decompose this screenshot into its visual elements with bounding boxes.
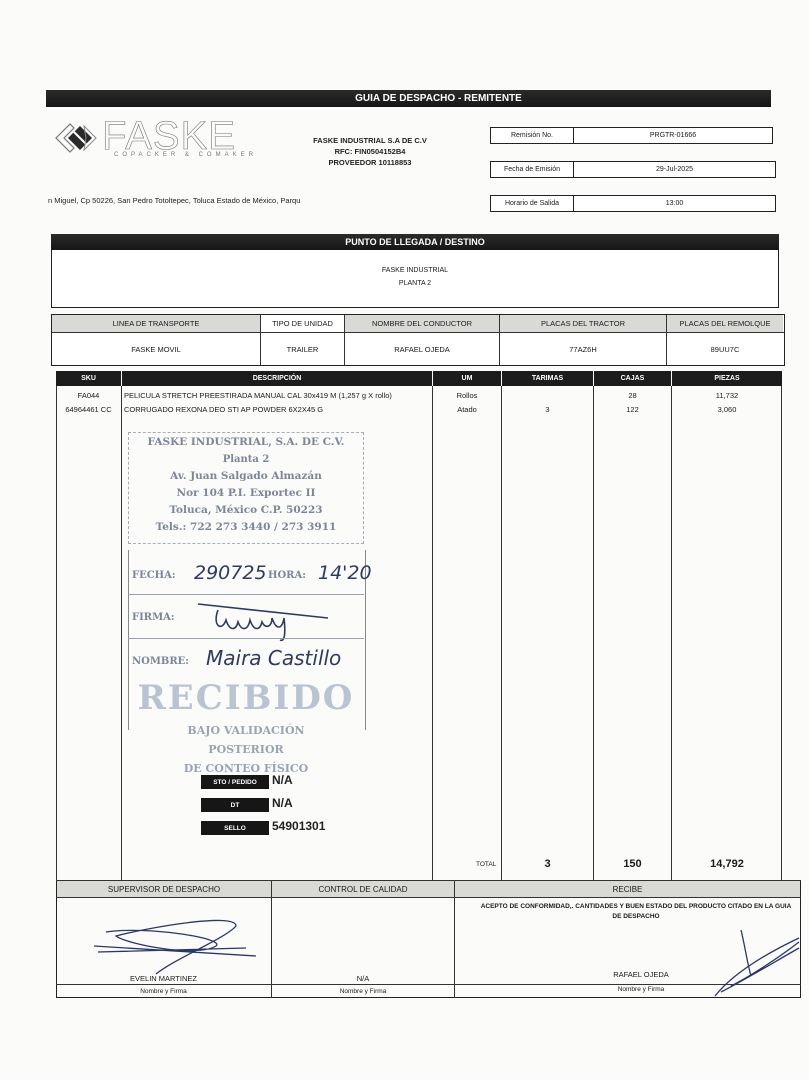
destination-name: FASKE INDUSTRIAL <box>52 267 778 274</box>
item-piezas: 11,732 <box>672 391 782 400</box>
transport-header-placas-remolque: PLACAS DEL REMOLQUE <box>667 315 783 332</box>
calidad-header: CONTROL DE CALIDAD <box>272 881 454 897</box>
company-name: FASKE INDUSTRIAL S.A DE C.V <box>290 135 450 146</box>
item-description: PELICULA STRETCH PREESTIRADA MANUAL CAL … <box>124 391 392 400</box>
supervisor-signature-icon <box>86 918 266 976</box>
stamp-recibido: RECIBIDO <box>128 678 364 718</box>
item-piezas: 3,060 <box>672 405 782 414</box>
item-cajas: 28 <box>594 391 671 400</box>
items-header-descripcion: DESCRIPCIÓN <box>122 371 432 386</box>
recibe-signature-icon <box>711 926 801 998</box>
dt-label: DT <box>201 798 269 812</box>
company-info: FASKE INDUSTRIAL S.A DE C.V RFC: FIN0504… <box>290 135 450 168</box>
stamp-nombre-label: NOMBRE: <box>132 656 189 667</box>
total-label: TOTAL <box>476 861 496 868</box>
supervisor-caption: Nombre y Firma <box>56 985 271 997</box>
destination-plant: PLANTA 2 <box>52 280 778 287</box>
stamp-signature-icon <box>188 596 338 642</box>
transport-header-tipo: TIPO DE UNIDAD <box>261 315 344 332</box>
stamp-validacion-2: POSTERIOR <box>128 743 364 756</box>
total-piezas: 14,792 <box>672 858 782 870</box>
transport-placas-tractor-value: 77AZ6H <box>500 333 666 365</box>
item-um: Rollos <box>433 391 501 400</box>
document-title: GUIA DE DESPACHO - REMITENTE <box>46 90 771 107</box>
items-header-cajas: CAJAS <box>594 371 671 386</box>
stamp-city: Toluca, México C.P. 50223 <box>128 504 364 516</box>
transport-header-placas-tractor: PLACAS DEL TRACTOR <box>500 315 666 332</box>
item-um: Atado <box>433 405 501 414</box>
total-cajas: 150 <box>594 858 671 870</box>
items-header-sku: SKU <box>56 371 121 386</box>
company-rfc: RFC: FIN0504152B4 <box>290 146 450 157</box>
supervisor-name: EVELIN MARTINEZ <box>56 972 271 984</box>
document-title-text: GUIA DE DESPACHO - REMITENTE <box>355 93 522 104</box>
transport-placas-remolque-value: 89UU7C <box>667 333 783 365</box>
faske-diamond-logo-icon <box>54 122 100 154</box>
sto-pedido-label: STO / PEDIDO <box>201 775 269 789</box>
item-tarimas: 3 <box>502 405 593 414</box>
item-cajas: 122 <box>594 405 671 414</box>
sello-label: SELLO <box>201 821 269 835</box>
stamp-plant: Planta 2 <box>128 454 364 465</box>
destination-header: PUNTO DE LLEGADA / DESTINO <box>51 234 779 250</box>
transport-conductor-value: RAFAEL OJEDA <box>345 333 499 365</box>
recibe-name: RAFAEL OJEDA <box>576 968 706 980</box>
signatures-section: SUPERVISOR DE DESPACHO CONTROL DE CALIDA… <box>56 880 801 1004</box>
receiving-stamp: FASKE INDUSTRIAL, S.A. DE C.V. Planta 2 … <box>128 432 364 777</box>
remision-field: Remisión No. PRGTR-01666 <box>490 127 773 144</box>
sto-pedido-value: N/A <box>272 773 293 787</box>
dt-value: N/A <box>272 796 293 810</box>
item-sku: FA044 <box>56 391 121 400</box>
stamp-validacion-1: BAJO VALIDACIÓN <box>128 724 364 737</box>
transport-header-conductor: NOMBRE DEL CONDUCTOR <box>345 315 499 332</box>
stamp-company: FASKE INDUSTRIAL, S.A. DE C.V. <box>128 436 364 448</box>
stamp-firma-label: FIRMA: <box>132 612 175 623</box>
stamp-validacion-3: DE CONTEO FÍSICO <box>128 762 364 775</box>
fecha-emision-value: 29-Jul-2025 <box>574 162 775 177</box>
calidad-name: N/A <box>272 972 454 984</box>
fecha-emision-field: Fecha de Emisión 29-Jul-2025 <box>490 161 776 178</box>
recibe-caption: Nombre y Firma <box>576 983 706 995</box>
total-tarimas: 3 <box>502 858 593 870</box>
stamp-phones: Tels.: 722 273 3440 / 273 3911 <box>128 521 364 533</box>
destination-box: FASKE INDUSTRIAL PLANTA 2 <box>51 250 779 308</box>
items-header-piezas: PIEZAS <box>672 371 782 386</box>
stamp-fecha-label: FECHA: <box>132 570 176 581</box>
stamp-street2: Nor 104 P.I. Exportec II <box>128 487 364 499</box>
recibe-statement: ACEPTO DE CONFORMIDAD,. CANTIDADES Y BUE… <box>476 900 796 924</box>
transport-linea-value: FASKE MOVIL <box>52 333 260 365</box>
stamp-hora-value: 14'20 <box>318 562 372 584</box>
items-header-um: UM <box>433 371 501 386</box>
company-proveedor: PROVEEDOR 10118853 <box>290 157 450 168</box>
stamp-nombre-value: Maira Castillo <box>206 646 341 670</box>
calidad-caption: Nombre y Firma <box>272 985 454 997</box>
transport-tipo-value: TRAILER <box>261 333 344 365</box>
sello-value: 54901301 <box>272 819 325 833</box>
remision-label: Remisión No. <box>491 128 574 143</box>
item-sku: 64964461 CC <box>56 405 121 414</box>
horario-salida-label: Horario de Salida <box>491 196 574 211</box>
remision-value: PRGTR-01666 <box>574 128 772 143</box>
transport-table: LINEA DE TRANSPORTE TIPO DE UNIDAD NOMBR… <box>51 314 785 366</box>
items-header-tarimas: TARIMAS <box>502 371 593 386</box>
item-description: CORRUGADO REXONA DEO STI AP POWDER 6X2X4… <box>124 405 323 414</box>
stamp-street: Av. Juan Salgado Almazán <box>128 470 364 482</box>
stamp-hora-label: HORA: <box>268 570 306 581</box>
horario-salida-value: 13:00 <box>574 196 775 211</box>
supervisor-header: SUPERVISOR DE DESPACHO <box>57 881 271 897</box>
logo-tagline: COPACKER & COMAKER <box>114 152 257 158</box>
fecha-emision-label: Fecha de Emisión <box>491 162 574 177</box>
company-address: n Miguel, Cp 50226, San Pedro Totoltepec… <box>48 196 300 205</box>
transport-header-linea: LINEA DE TRANSPORTE <box>52 315 260 332</box>
horario-salida-field: Horario de Salida 13:00 <box>490 195 776 212</box>
stamp-fecha-value: 290725 <box>194 562 267 584</box>
company-logo: FASKE COPACKER & COMAKER <box>54 118 264 164</box>
recibe-header: RECIBE <box>455 881 800 897</box>
